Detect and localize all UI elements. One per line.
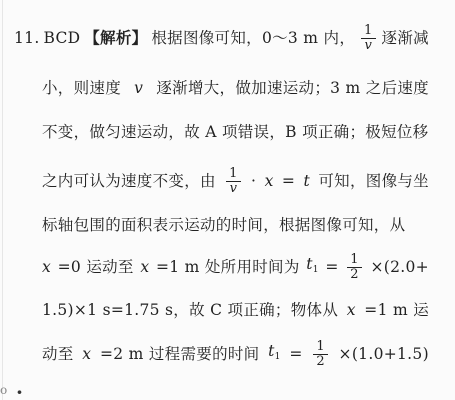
- text-segment: 标轴包围的面积表示运动的时间，根据图像可知，从: [42, 215, 405, 235]
- question-number: 11.: [14, 28, 40, 48]
- equals-sign: =: [282, 171, 295, 191]
- text-line-5: 标轴包围的面积表示运动的时间，根据图像可知，从: [42, 214, 429, 236]
- fraction-denominator: 2: [313, 355, 328, 369]
- text-segment: 逐渐减: [382, 28, 429, 48]
- fraction-numerator: 1: [347, 253, 362, 268]
- fraction-denominator: v: [362, 39, 376, 53]
- text-segment: =1 m 处所用时间为: [156, 257, 300, 277]
- text-segment: 之内可认为速度不变，由: [42, 171, 216, 191]
- fraction-one-half: 1 2: [347, 253, 362, 282]
- analysis-tag: 【解析】: [84, 28, 147, 48]
- text-segment: ·: [251, 171, 256, 191]
- text-segment: 1.5)×1 s=1.75 s，故 C 项正确；物体从: [42, 300, 338, 320]
- text-segment: =2 m 过程需要的时间: [100, 344, 260, 364]
- fraction-one-over-v: 1 v: [361, 24, 376, 53]
- text-segment: ×(2.0+: [370, 257, 428, 277]
- stray-dot: ·: [16, 380, 23, 400]
- variable-t1: t1: [268, 341, 281, 367]
- variable-t: t: [304, 171, 311, 191]
- page-edge-line: [2, 0, 3, 400]
- text-segment: 可知，图像与坐: [318, 171, 429, 191]
- fraction-one-half: 1 2: [313, 340, 328, 369]
- text-segment: 不变，做匀速运动，故 A 项错误，B 项正确；极短位移: [42, 122, 428, 142]
- text-line-6: x =0 运动至 x =1 m 处所用时间为 t1 = 1 2 ×(2.0+: [42, 256, 429, 278]
- fraction-denominator: v: [227, 182, 241, 196]
- variable-x: x: [140, 257, 149, 277]
- text-segment: 动至: [42, 344, 74, 364]
- text-line-1: 11. BCD 【解析】 根据图像可知，0～3 m 内， 1 v 逐渐减: [14, 27, 429, 49]
- fraction-one-over-v: 1 v: [226, 167, 241, 196]
- stray-mark-left: o: [0, 383, 7, 397]
- variable-x: x: [82, 344, 91, 364]
- text-segment: 根据图像可知，0～3 m 内，: [151, 28, 355, 48]
- fraction-numerator: 1: [313, 340, 328, 355]
- equals-sign: =: [289, 344, 302, 364]
- variable-x: x: [265, 171, 274, 191]
- equals-sign: =: [325, 257, 338, 277]
- subscript: 1: [275, 352, 281, 362]
- text-segment: ×(1.0+1.5): [339, 344, 429, 364]
- text-segment: 小，则速度: [42, 78, 121, 98]
- variable-t1: t1: [306, 254, 319, 280]
- text-line-7: 1.5)×1 s=1.75 s，故 C 项正确；物体从 x =1 m 运: [42, 299, 429, 321]
- fraction-numerator: 1: [361, 24, 376, 39]
- fraction-numerator: 1: [226, 167, 241, 182]
- text-line-2: 小，则速度 v 逐渐增大，做加速运动；3 m 之后速度: [42, 77, 429, 99]
- text-segment: 逐渐增大，做加速运动；3 m 之后速度: [156, 78, 429, 98]
- subscript: 1: [313, 265, 319, 275]
- variable-x: x: [42, 257, 51, 277]
- text-segment: =0 运动至: [58, 257, 134, 277]
- text-line-4: 之内可认为速度不变，由 1 v · x = t 可知，图像与坐: [42, 170, 429, 192]
- variable-x: x: [347, 300, 356, 320]
- fraction-denominator: 2: [347, 268, 362, 282]
- text-line-8: 动至 x =2 m 过程需要的时间 t1 = 1 2 ×(1.0+1.5): [42, 343, 429, 365]
- answer-choices: BCD: [43, 28, 80, 48]
- variable-v: v: [134, 78, 143, 98]
- text-line-3: 不变，做匀速运动，故 A 项错误，B 项正确；极短位移: [42, 121, 429, 143]
- text-segment: =1 m 运: [364, 300, 429, 320]
